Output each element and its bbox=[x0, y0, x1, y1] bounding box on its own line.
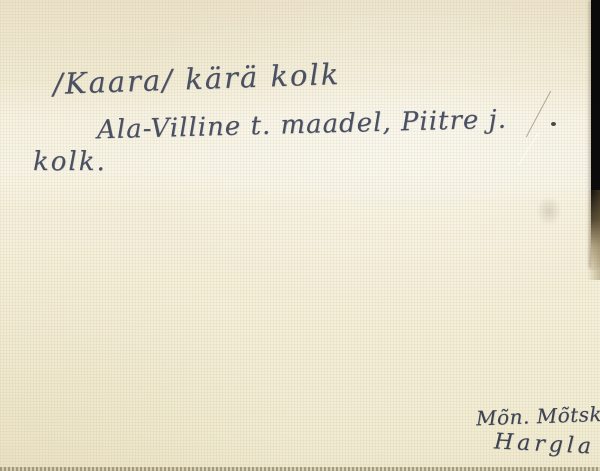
handwritten-note-line-3: kolk. bbox=[33, 147, 107, 177]
handwritten-attribution-line-2: Hargla bbox=[493, 429, 595, 459]
scan-line-bottom bbox=[0, 467, 600, 471]
handwritten-note-line-2: Ala-Villine t. maadel, Piitre j. bbox=[97, 105, 508, 146]
handwritten-note-line-1: /Kaara/ kärä kolk bbox=[52, 57, 340, 101]
scratch-artifact-light bbox=[518, 133, 539, 166]
handwritten-attribution-line-1: Mõn. Mõtsk. bbox=[476, 402, 600, 431]
smudge-artifact bbox=[536, 196, 562, 226]
scratch-artifact-dark bbox=[526, 91, 551, 137]
scanned-archive-card: /Kaara/ kärä kolk Ala-Villine t. maadel,… bbox=[0, 0, 600, 471]
film-edge-right-fade bbox=[584, 190, 600, 280]
ink-speck-artifact bbox=[551, 122, 556, 126]
